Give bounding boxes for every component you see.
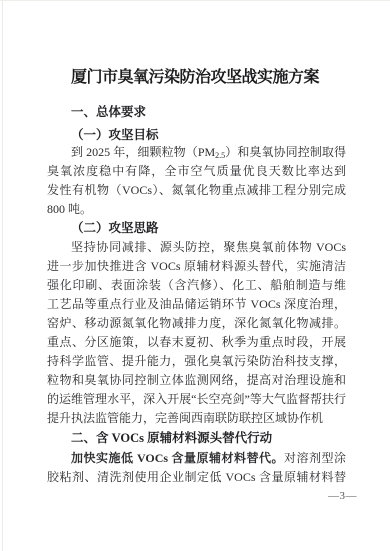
section-heading-vocs-action: 二、含 VOCs 原辅材料源头替代行动 bbox=[47, 431, 346, 446]
scan-edge-top bbox=[0, 0, 390, 1]
section-heading-general: 一、总体要求 bbox=[47, 105, 346, 120]
subsection-heading-approach: （二）攻坚思路 bbox=[47, 221, 346, 236]
text-line: 胶粘剂、清洗剂使用企业制定低 VOCs 含量原辅材料替代计划，推 bbox=[47, 467, 346, 486]
text-line: 臭氧浓度稳中有降，全市空气质量优良天数比率达到 98.9%，挥 bbox=[47, 161, 346, 180]
text-line: 强化印刷、表面涂装（含汽修）、化工、船舶制造与维护、橡胶、 bbox=[47, 276, 346, 295]
text-line: 提升执法监管能力，完善闽西南联防联控区域协作机制。 bbox=[47, 409, 346, 428]
text-line: 到 2025 年，细颗粒物（PM2.5）和臭氧协同控制取得积极成效， bbox=[47, 142, 346, 161]
document-title: 厦门市臭氧污染防治攻坚战实施方案 bbox=[0, 64, 390, 87]
paragraph-goal: 到 2025 年，细颗粒物（PM2.5）和臭氧协同控制取得积极成效， 臭氧浓度稳… bbox=[47, 142, 346, 218]
subsection-heading-goal: （一）攻坚目标 bbox=[47, 128, 346, 143]
text-line: 加快实施低 VOCs 含量原辅材料替代。对溶剂型涂料、油墨、 bbox=[47, 448, 346, 467]
text-line: 重点、分区施策，以春末夏初、秋季为重点时段，开展攻坚。坚 bbox=[47, 333, 346, 352]
text-line: 的运维管理水平，深入开展“长空亮剑”等大气监督帮扶行动， bbox=[47, 390, 346, 409]
text-line: 窑炉、移动源氮氧化物减排力度，深化氮氧化物减排。坚持突出 bbox=[47, 314, 346, 333]
pm25-subscript: 2.5 bbox=[215, 151, 225, 160]
paragraph-replacement: 加快实施低 VOCs 含量原辅材料替代。对溶剂型涂料、油墨、 胶粘剂、清洗剂使用… bbox=[47, 448, 346, 486]
goal-line1-text: 到 2025 年，细颗粒物（PM bbox=[71, 145, 215, 159]
paragraph-approach: 坚持协同减排、源头防控，聚焦臭氧前体物 VOCs 和氮氧化物， 进一步加快推进含… bbox=[47, 238, 346, 428]
text-line: 进一步加快推进含 VOCs 原辅材料源头替代，实施清洁能源替代， bbox=[47, 257, 346, 276]
text-line: 800 吨。 bbox=[47, 199, 346, 218]
text-line: 工艺品等重点行业及油品储运销环节 VOCs 深度治理，加大锅炉、 bbox=[47, 295, 346, 314]
page-number: —3— bbox=[328, 490, 357, 502]
document-page: 厦门市臭氧污染防治攻坚战实施方案 一、总体要求 （一）攻坚目标 到 2025 年… bbox=[0, 0, 390, 551]
bold-lead-text: 加快实施低 VOCs 含量原辅材料替代。 bbox=[71, 451, 284, 465]
text-line: 发性有机物（VOCs）、氮氧化物重点减排工程分别完成 1650 吨、 bbox=[47, 180, 346, 199]
text-line: 坚持协同减排、源头防控，聚焦臭氧前体物 VOCs 和氮氧化物， bbox=[47, 238, 346, 257]
text-line: 粒物和臭氧协同控制立体监测网络，提高对治理设施和监测站点 bbox=[47, 371, 346, 390]
text-line: 持科学监管、提升能力，强化臭氧污染防治科技支撑，完善细颗 bbox=[47, 352, 346, 371]
